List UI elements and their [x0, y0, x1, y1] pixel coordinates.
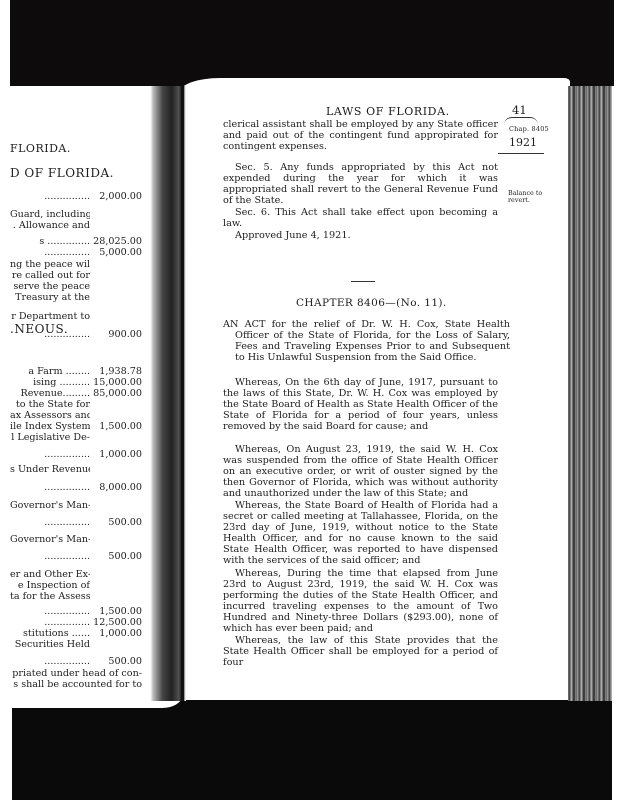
line-text: Revenue.........: [10, 388, 90, 399]
appropriation-line: ng the peace will: [10, 259, 142, 270]
appropriation-line: ta for the Assess-: [10, 591, 142, 602]
line-amount: 1,938.78: [92, 366, 142, 377]
appropriation-line: Treasury at the: [10, 292, 142, 303]
line-text: ...............: [10, 656, 90, 667]
line-text: r Department to: [10, 311, 90, 322]
brace-icon: [504, 117, 538, 125]
line-text: ...............: [10, 606, 90, 617]
appropriation-line: er and Other Ex-: [10, 569, 142, 580]
line-amount: 500.00: [92, 551, 142, 562]
line-amount: [92, 591, 142, 602]
line-amount: 2,000.00: [92, 191, 142, 202]
appropriation-line: Revenue.........85,000.00: [10, 388, 142, 399]
line-amount: 1,000.00: [92, 449, 142, 460]
line-amount: 85,000.00: [92, 388, 142, 399]
line-amount: [92, 639, 142, 650]
line-text: ile Index System: [10, 421, 90, 432]
appropriation-line: Securities Held: [10, 639, 142, 650]
left-section-heading: D OF FLORIDA.: [10, 166, 114, 180]
line-text: . Allowance and: [10, 220, 90, 231]
line-amount: [92, 281, 142, 292]
line-text: ax Assessors and: [10, 410, 90, 421]
line-text: to the State for: [10, 399, 90, 410]
appropriation-line: stitutions ......1,000.00: [10, 628, 142, 639]
act-title: AN ACT for the relief of Dr. W. H. Cox, …: [223, 320, 510, 364]
line-text: ...............: [10, 482, 90, 493]
line-amount: 15,000.00: [92, 377, 142, 388]
line-amount: 12,500.00: [92, 617, 142, 628]
line-amount: [92, 220, 142, 231]
appropriation-line: ...............1,500.00: [10, 606, 142, 617]
line-amount: 1,500.00: [92, 606, 142, 617]
line-amount: 500.00: [92, 517, 142, 528]
appropriation-line: re called out for: [10, 270, 142, 281]
line-text: ...............: [10, 617, 90, 628]
line-text: s ..............: [10, 236, 90, 247]
line-amount: 500.00: [92, 656, 142, 667]
chapter-reference: Chap. 8405: [509, 125, 549, 133]
line-text: l Legislative De-: [10, 432, 90, 443]
appropriation-line: ...............2,000.00: [10, 191, 142, 202]
line-amount: [92, 270, 142, 281]
line-text: Guard, including: [10, 209, 90, 220]
line-text: re called out for: [10, 270, 90, 281]
running-head: LAWS OF FLORIDA.: [326, 105, 450, 118]
section-6: Sec. 6. This Act shall take effect upon …: [223, 208, 498, 230]
line-amount: [92, 500, 142, 511]
appropriation-line: Governor's Man-: [10, 534, 142, 545]
line-amount: [92, 410, 142, 421]
appropriation-line: ...............12,500.00: [10, 617, 142, 628]
left-page: FLORIDA. D OF FLORIDA. .NEOUS. .........…: [0, 86, 150, 691]
closing-paragraph-line: priated under head of con-: [10, 668, 142, 679]
appropriation-line: ile Index System1,500.00: [10, 421, 142, 432]
line-text: Securities Held: [10, 639, 90, 650]
year: 1921: [509, 136, 537, 149]
line-amount: 28,025.00: [92, 236, 142, 247]
right-page: LAWS OF FLORIDA. 41 Chap. 8405 1921 Bala…: [186, 86, 568, 691]
appropriation-line: serve the peace: [10, 281, 142, 292]
appropriation-line: ...............5,000.00: [10, 247, 142, 258]
line-amount: [92, 292, 142, 303]
line-text: stitutions ......: [10, 628, 90, 639]
whereas-clause: Whereas, the law of this State provides …: [223, 636, 498, 669]
line-text: ising ..........: [10, 377, 90, 388]
line-amount: 1,500.00: [92, 421, 142, 432]
line-text: ta for the Assess-: [10, 591, 90, 602]
section-5: Sec. 5. Any funds appropriated by this A…: [223, 163, 498, 207]
line-text: ...............: [10, 247, 90, 258]
book-spine-line: [181, 86, 184, 701]
line-amount: 8,000.00: [92, 482, 142, 493]
line-text: Treasury at the: [10, 292, 90, 303]
line-amount: [92, 399, 142, 410]
appropriation-line: ...............500.00: [10, 656, 142, 667]
margin-note: Balance to revert.: [508, 190, 558, 204]
appropriation-line: r Department to: [10, 311, 142, 322]
whereas-clause: Whereas, On August 23, 1919, the said W.…: [223, 445, 498, 500]
appropriation-line: ...............900.00: [10, 329, 142, 340]
appropriation-line: to the State for: [10, 399, 142, 410]
line-text: ...............: [10, 329, 90, 340]
line-amount: [92, 464, 142, 475]
appropriation-line: . Allowance and: [10, 220, 142, 231]
line-amount: [92, 432, 142, 443]
appropriation-line: a Farm ........1,938.78: [10, 366, 142, 377]
line-text: serve the peace: [10, 281, 90, 292]
scanner-background-top: [10, 0, 614, 86]
whereas-clause: Whereas, During the time that elapsed fr…: [223, 569, 498, 634]
appropriation-line: l Legislative De-: [10, 432, 142, 443]
page-edges: [568, 86, 612, 701]
line-text: ...............: [10, 191, 90, 202]
line-text: er and Other Ex-: [10, 569, 90, 580]
line-text: Governor's Man-: [10, 500, 90, 511]
closing-paragraph-line: mized statement from each: [10, 690, 142, 691]
appropriation-line: Governor's Man-: [10, 500, 142, 511]
line-amount: [92, 259, 142, 270]
scanner-background-bottom: [12, 700, 612, 800]
line-amount: 5,000.00: [92, 247, 142, 258]
line-amount: 1,000.00: [92, 628, 142, 639]
line-text: ng the peace will: [10, 259, 90, 270]
appropriation-line: ...............8,000.00: [10, 482, 142, 493]
approval-date: Approved June 4, 1921.: [223, 231, 498, 242]
line-text: s Under Revenue: [10, 464, 90, 475]
appropriation-line: ising ..........15,000.00: [10, 377, 142, 388]
line-text: ...............: [10, 449, 90, 460]
line-text: a Farm ........: [10, 366, 90, 377]
page-number: 41: [512, 103, 527, 117]
appropriation-line: ax Assessors and: [10, 410, 142, 421]
appropriation-line: Guard, including: [10, 209, 142, 220]
line-amount: [92, 534, 142, 545]
left-running-head: FLORIDA.: [10, 142, 71, 155]
line-text: e Inspection of: [10, 580, 90, 591]
appropriation-line: ...............500.00: [10, 517, 142, 528]
appropriation-line: e Inspection of: [10, 580, 142, 591]
line-text: ...............: [10, 517, 90, 528]
whereas-clause: Whereas, the State Board of Health of Fl…: [223, 501, 498, 566]
appropriation-line: ...............500.00: [10, 551, 142, 562]
chapter-title: CHAPTER 8406—(No. 11).: [296, 297, 447, 309]
line-text: ...............: [10, 551, 90, 562]
line-amount: [92, 209, 142, 220]
line-amount: [92, 569, 142, 580]
line-amount: [92, 311, 142, 322]
divider: [498, 153, 544, 154]
line-amount: 900.00: [92, 329, 142, 340]
whereas-clause: Whereas, On the 6th day of June, 1917, p…: [223, 378, 498, 433]
closing-paragraph-line: s shall be accounted for to: [10, 679, 142, 690]
appropriation-line: s Under Revenue: [10, 464, 142, 475]
divider: [351, 281, 375, 282]
line-amount: [92, 580, 142, 591]
appropriation-line: ...............1,000.00: [10, 449, 142, 460]
line-text: Governor's Man-: [10, 534, 90, 545]
appropriation-line: s ..............28,025.00: [10, 236, 142, 247]
continuation-paragraph: clerical assistant shall be employed by …: [223, 120, 498, 153]
